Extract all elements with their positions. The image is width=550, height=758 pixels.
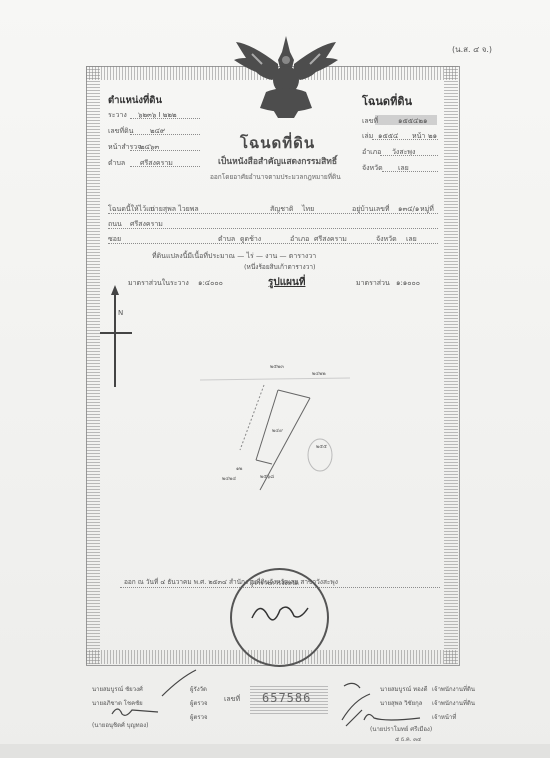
border-right bbox=[444, 66, 458, 664]
map-label: รูปแผนที่ bbox=[268, 275, 305, 290]
signer-role: เจ้าหน้าที่ bbox=[432, 712, 456, 722]
north-arrow-icon: N bbox=[100, 285, 136, 390]
underline bbox=[380, 155, 438, 156]
signer-name: นายสมบูรณ์ ชัยวงศ์ bbox=[92, 684, 143, 694]
field-value: ๒๑ bbox=[428, 131, 437, 142]
svg-text:๒๕๒๓: ๒๕๒๓ bbox=[270, 364, 284, 370]
area-line: ที่ดินแปลงนี้มีเนื้อที่ประมาณ — ไร่ — งา… bbox=[152, 251, 316, 262]
underline bbox=[130, 118, 200, 119]
field-value: ๖๒๓๖ I ๒๒๒ bbox=[138, 110, 177, 121]
signer-role: ผู้ตรวจ bbox=[190, 712, 208, 722]
field-value: เลย bbox=[398, 163, 409, 174]
field-label: เลขที่ bbox=[362, 116, 378, 127]
svg-text:๒๕๕: ๒๕๕ bbox=[316, 444, 327, 450]
svg-text:N: N bbox=[118, 309, 123, 317]
border-left bbox=[86, 66, 100, 664]
svg-text:๒๔๒๔: ๒๔๒๔ bbox=[222, 476, 236, 482]
field-label: เล่ม bbox=[362, 131, 373, 142]
svg-text:๒๕๖๘: ๒๕๖๘ bbox=[260, 474, 274, 480]
field-label: จังหวัด bbox=[362, 163, 383, 174]
seal-text: ผู้ว่าราชการจังหวัด bbox=[250, 578, 299, 588]
field-value: ๒๔๖๓ bbox=[140, 142, 159, 153]
serial-number: 657586 bbox=[262, 691, 311, 705]
field-label: เลขที่ดิน bbox=[108, 126, 133, 137]
scale2-value: ๑:๑๐๐๐ bbox=[396, 278, 420, 289]
scale-label: มาตราส่วนในระวาง bbox=[128, 278, 189, 289]
left-heading: ตำแหน่งที่ดิน bbox=[108, 93, 162, 108]
signer-role: เจ้าพนักงานที่ดิน bbox=[432, 684, 475, 694]
underline bbox=[382, 171, 438, 172]
right-heading: โฉนดที่ดิน bbox=[362, 92, 412, 110]
field-label: ตำบล bbox=[108, 158, 125, 169]
signature-icon bbox=[362, 710, 422, 724]
signer-name: นายสมบูรณ์ ทองดี bbox=[380, 684, 428, 694]
serial-label: เลขที่ bbox=[224, 694, 240, 705]
form-code: (น.ส. ๔ จ.) bbox=[452, 43, 492, 56]
field-label: ระวาง bbox=[108, 110, 127, 121]
underline bbox=[108, 243, 438, 244]
underline bbox=[130, 150, 200, 151]
underline bbox=[108, 213, 438, 214]
underline bbox=[130, 134, 200, 135]
signer-role: ผู้ตรวจ bbox=[190, 698, 208, 708]
deed-number: ๑๕๕๔๒๑ bbox=[398, 116, 427, 127]
garuda-emblem-icon bbox=[232, 34, 340, 118]
underline bbox=[108, 228, 438, 229]
field-value: ๑๕๕๔ bbox=[378, 131, 398, 142]
area-note: (หนึ่งร้อยสิบเก้าตารางวา) bbox=[244, 262, 316, 272]
field-value: วังสะพุง bbox=[392, 147, 415, 158]
document-title: โฉนดที่ดิน bbox=[240, 131, 315, 155]
plot-map: ๒๕๒๓ ๒๔๒๒ ๒๔๙ ๒๕๕ ๑๒ ๒๕๖๘ ๒๔๒๔ bbox=[200, 360, 350, 500]
field-value: ศรีสงคราม bbox=[140, 158, 173, 169]
scale2-label: มาตราส่วน bbox=[356, 278, 390, 289]
signer-name: (นายอนุชิตศ์ บุญทอง) bbox=[92, 720, 148, 730]
signature-icon bbox=[110, 704, 160, 720]
svg-text:๒๔๒๒: ๒๔๒๒ bbox=[312, 371, 326, 377]
scale-value: ๑:๔๐๐๐ bbox=[198, 278, 223, 289]
document-subtitle: เป็นหนังสือสำคัญแสดงกรรมสิทธิ์ bbox=[218, 154, 337, 168]
underline bbox=[130, 166, 200, 167]
signer-name: นายสุพล วิชัยกุล bbox=[380, 698, 422, 708]
scanned-document: (น.ส. ๔ จ.) ตำแหน่งที่ดิน ระวาง ๖๒๓๖ I ๒… bbox=[0, 0, 550, 758]
scan-edge bbox=[0, 744, 550, 758]
sign-date: ๕ ธ.ค. ๓๔ bbox=[395, 736, 421, 744]
svg-text:๑๒: ๑๒ bbox=[236, 466, 242, 472]
field-label: อำเภอ bbox=[362, 147, 381, 158]
svg-text:๒๔๙: ๒๔๙ bbox=[272, 428, 283, 434]
field-value: ๒๔๙ bbox=[150, 126, 165, 137]
signature-icon bbox=[250, 598, 310, 628]
signature-icon bbox=[160, 668, 200, 698]
field-label: หน้าสำรวจ bbox=[108, 142, 141, 153]
document-authority: ออกโดยอาศัยอำนาจตามประมวลกฎหมายที่ดิน bbox=[210, 172, 341, 182]
field-label: หน้า bbox=[412, 131, 425, 142]
signer-role: เจ้าพนักงานที่ดิน bbox=[432, 698, 475, 708]
underline bbox=[372, 139, 438, 140]
